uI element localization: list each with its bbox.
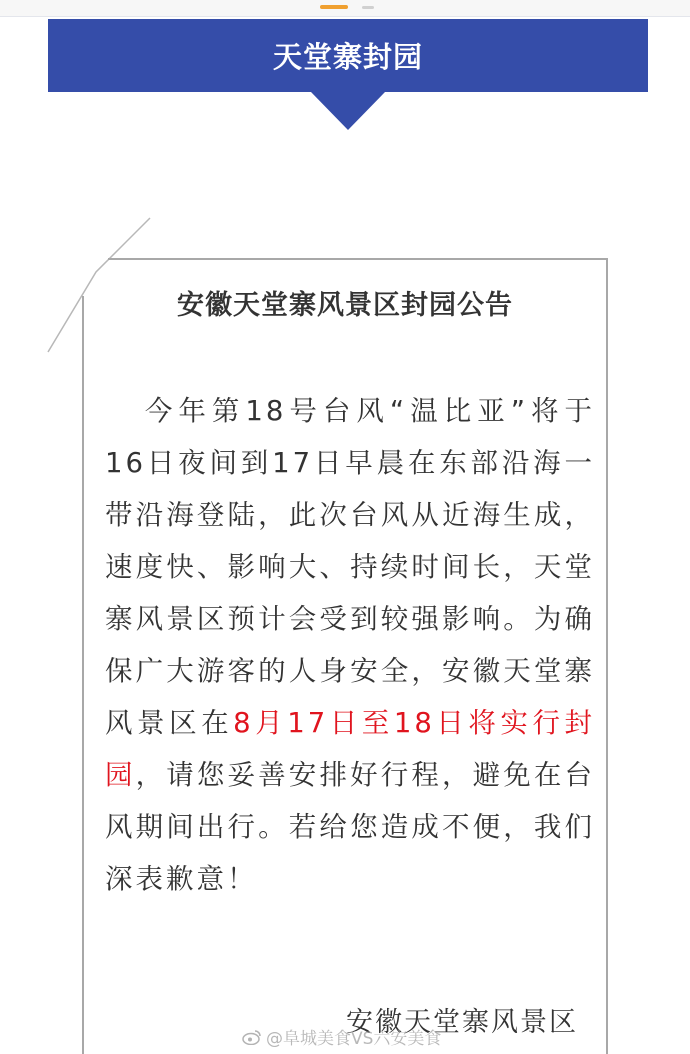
watermark: @阜城美食VS六安美食: [242, 1024, 441, 1049]
watermark-text: @阜城美食VS六安美食: [266, 1024, 441, 1049]
notice-body: 今年第18号台风“温比亚”将于16日夜间到17日早晨在东部沿海一带沿海登陆，此次…: [105, 385, 595, 905]
notice-text-part1: 今年第18号台风“温比亚”将于16日夜间到17日早晨在东部沿海一带沿海登陆，此次…: [105, 395, 595, 739]
notice-title: 安徽天堂寨风景区封园公告: [83, 283, 607, 322]
notice-text-part2: ，请您妥善安排好行程，避免在台风期间出行。若给您造成不便，我们深表歉意！: [105, 759, 595, 895]
weibo-icon: [242, 1029, 262, 1045]
